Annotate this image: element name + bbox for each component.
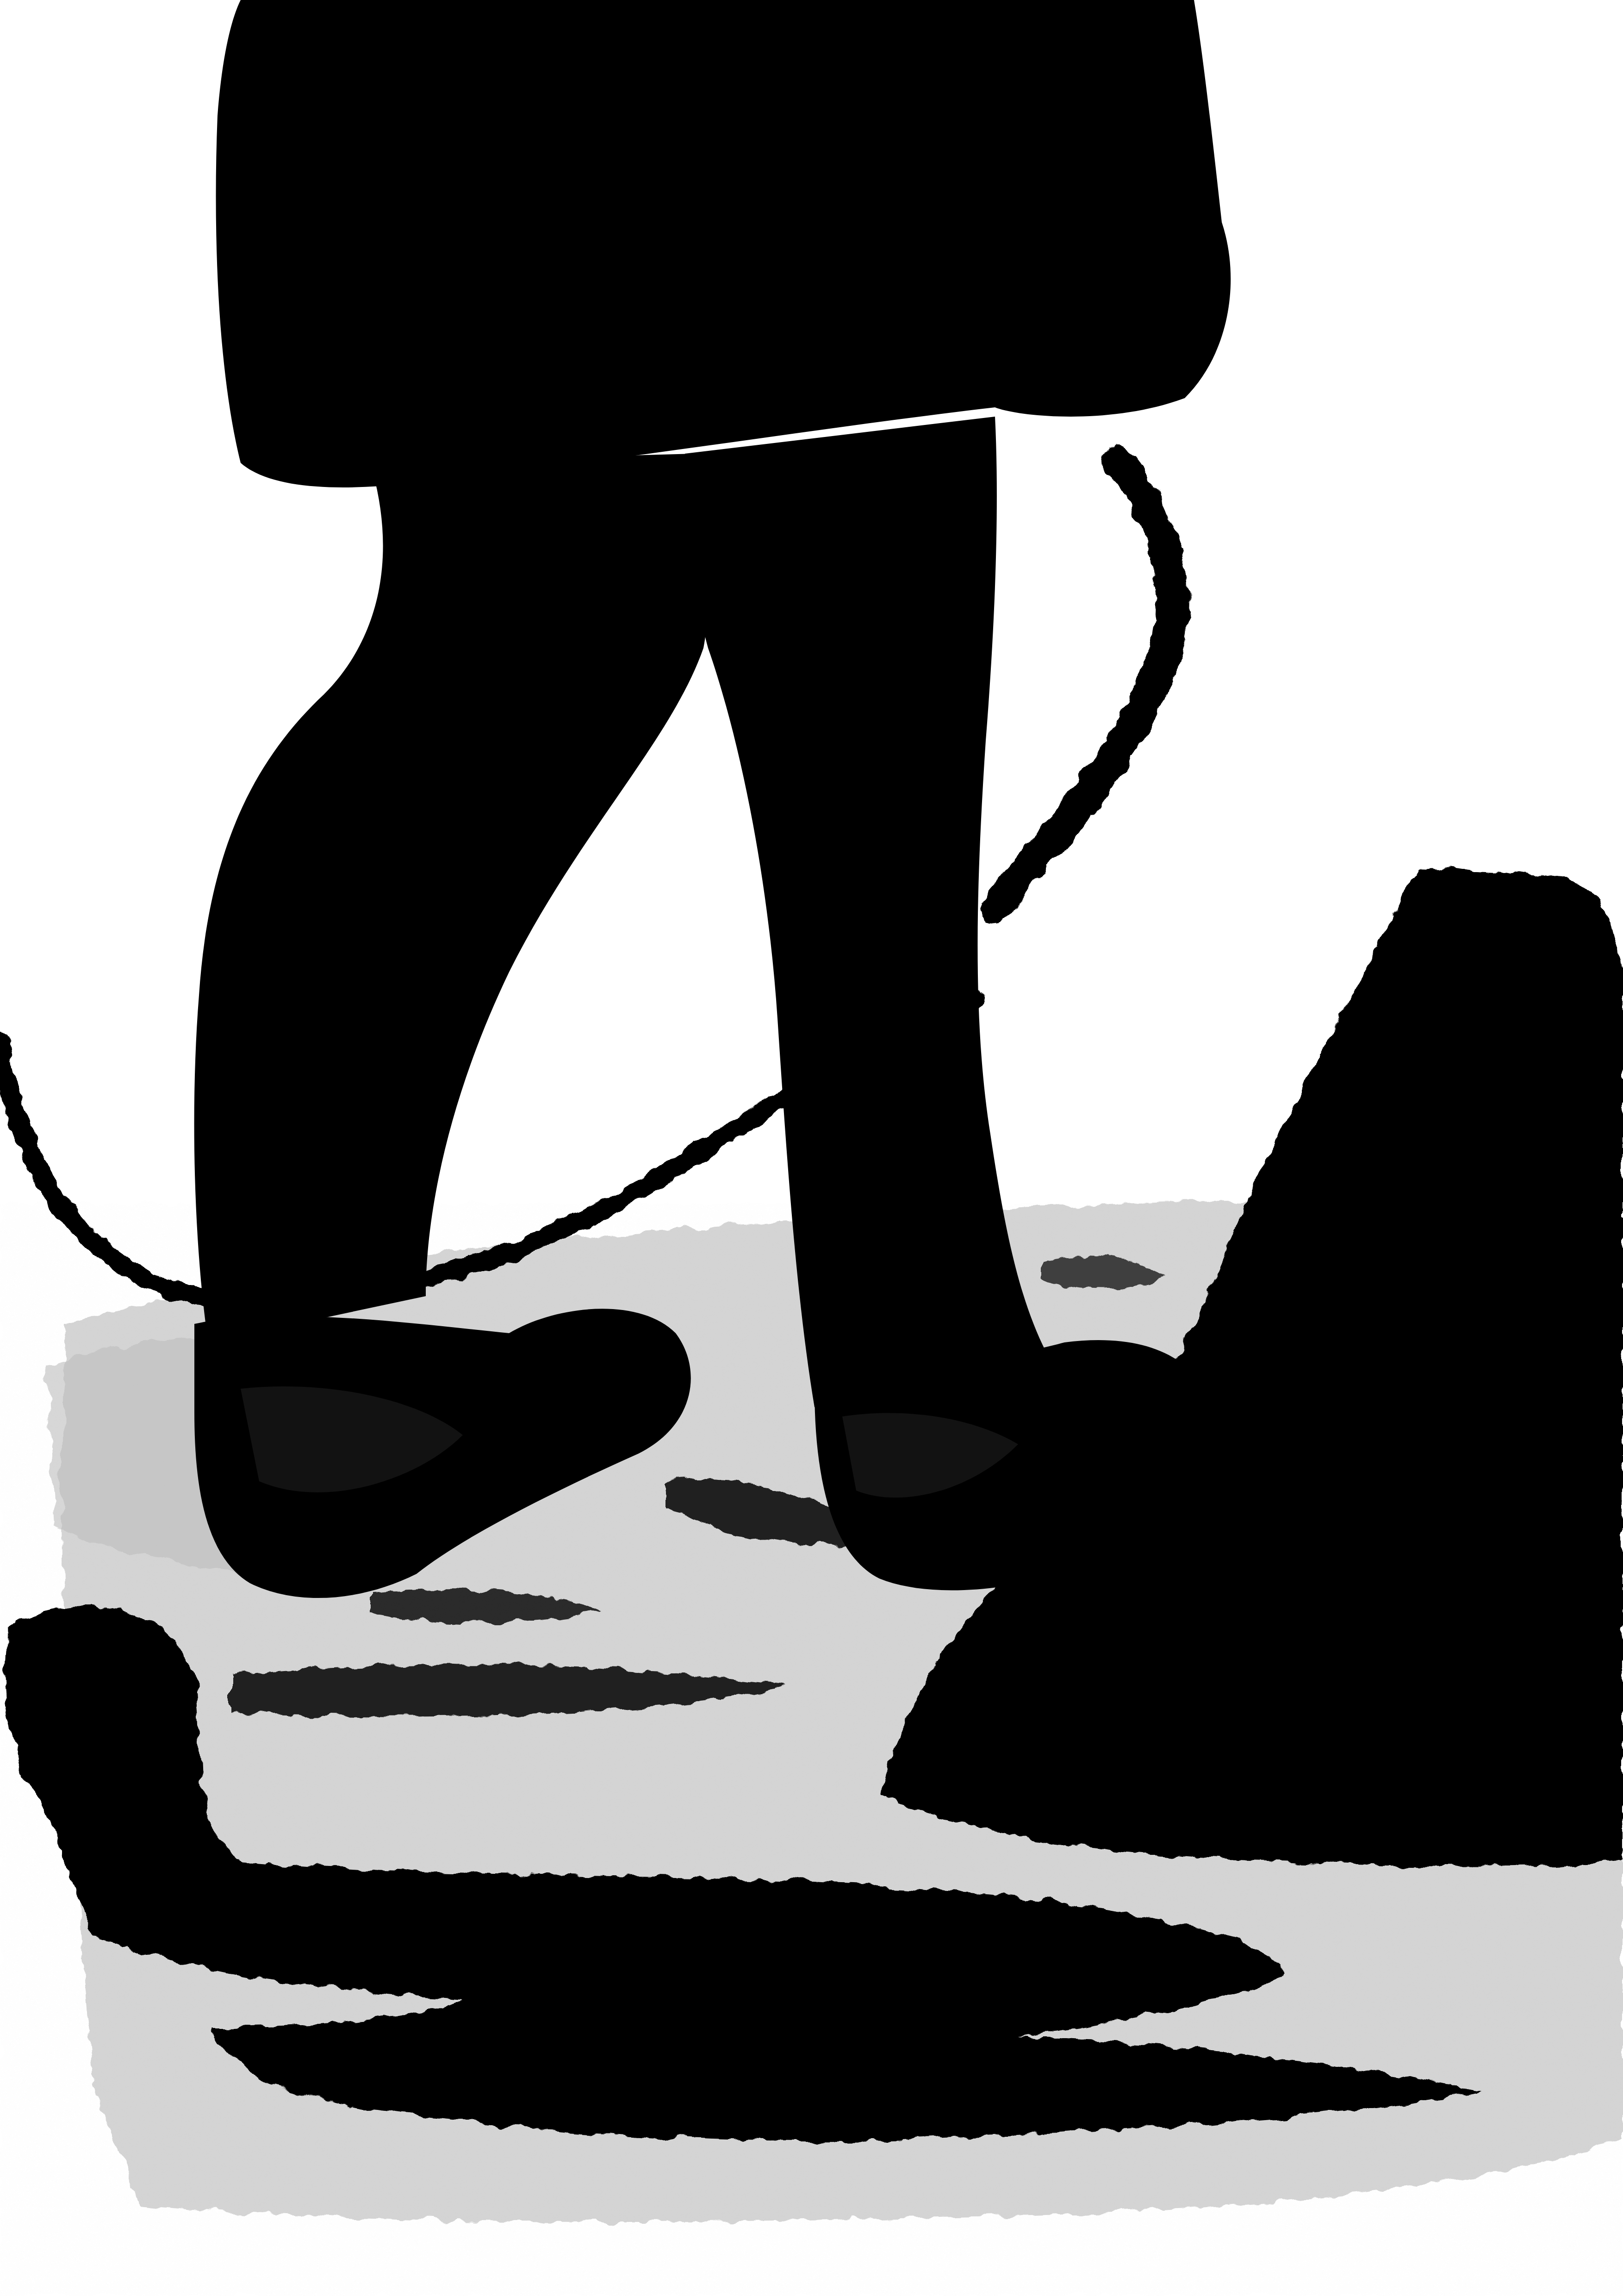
figure-shorts <box>216 0 1231 487</box>
ink-painting <box>0 0 1623 2296</box>
